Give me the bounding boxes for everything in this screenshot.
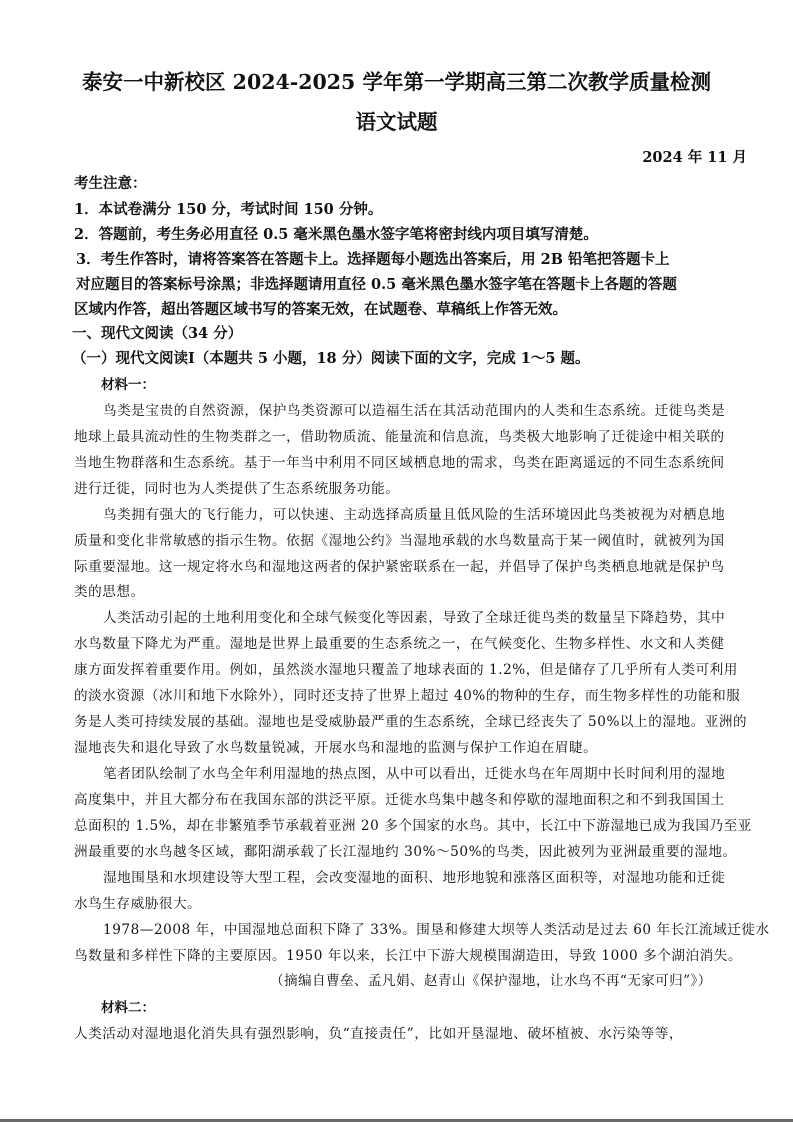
exam-date: 2024 年 11 月	[642, 146, 747, 167]
paragraph-line: 地球上最具流动性的生物类群之一，借助物质流、能量流和信息流，鸟类极大地影响了迁徙…	[74, 425, 734, 445]
paragraph-line: 质量和变化非常敏感的指示生物。依据《湿地公约》当湿地承载的水鸟数量高于某一阈值时…	[74, 529, 734, 549]
section-heading: 一、现代文阅读（34 分）	[72, 322, 732, 343]
paragraph-line: 康方面发挥着重要作用。例如，虽然淡水湿地只覆盖了地球表面的 1.2%，但是储存了…	[74, 658, 734, 678]
paragraph-line: 笔者团队绘制了水鸟全年利用湿地的热点图，从中可以看出，迁徙水鸟在年周期中长时间利…	[103, 762, 763, 782]
paragraph-line: 鸟类是宝贵的自然资源，保护鸟类资源可以造福生活在其活动范围内的人类和生态系统。迁…	[103, 399, 763, 419]
paragraph-line: 的淡水资源（冰川和地下水除外），同时还支持了世界上超过 40%的物种的生存，而生…	[74, 684, 734, 704]
section-subheading: （一）现代文阅读Ⅰ（本题共 5 小题，18 分）阅读下面的文字，完成 1～5 题…	[72, 347, 732, 368]
paragraph-line: 鸟类拥有强大的飞行能力，可以快速、主动选择高质量且低风险的生活环境因此鸟类被视为…	[103, 503, 763, 523]
paragraph-line: 洲最重要的水鸟越冬区域，鄱阳湖承载了长江湿地约 30%～50%的鸟类，因此被列为…	[74, 840, 734, 860]
paragraph-line: 当地生物群落和生态系统。基于一年当中利用不同区域栖息地的需求，鸟类在距离遥远的不…	[74, 451, 734, 471]
material-2-label: 材料二：	[101, 996, 761, 1016]
paragraph-line: 湿地丧失和退化导致了水鸟数量锐减，开展水鸟和湿地的监测与保护工作迫在眉睫。	[74, 736, 734, 756]
paragraph-line: 水鸟生存威胁很大。	[74, 892, 734, 912]
exam-title: 泰安一中新校区 2024-2025 学年第一学期高三第二次教学质量检测	[0, 65, 793, 95]
paragraph-line: 际重要湿地。这一规定将水鸟和湿地这两者的保护紧密联系在一起，并倡导了保护鸟类栖息…	[74, 555, 734, 575]
paragraph-line: 类的思想。	[74, 580, 734, 600]
notice-item-3: 3．考生作答时，请将答案答在答题卡上。选择题每小题选出答案后，用 2B 铅笔把答…	[76, 248, 736, 269]
exam-subtitle: 语文试题	[0, 105, 793, 135]
notice-item-2: 2．答题前，考生务必用直径 0.5 毫米黑色墨水签字笔将密封线内项目填写清楚。	[74, 223, 734, 244]
paragraph-line: 水鸟数量下降尤为严重。湿地是世界上最重要的生态系统之一，在气候变化、生物多样性、…	[74, 632, 734, 652]
exam-page: 泰安一中新校区 2024-2025 学年第一学期高三第二次教学质量检测 语文试题…	[0, 0, 793, 1120]
paragraph-line: 人类活动对湿地退化消失具有强烈影响，负“直接责任”，比如开垦湿地、破坏植被、水污…	[74, 1022, 734, 1042]
material-1-source: （摘编自曹垒、孟凡娟、赵青山《保护湿地，让水鸟不再“无家可归”》）	[270, 969, 793, 989]
notice-item-1: 1．本试卷满分 150 分，考试时间 150 分钟。	[74, 198, 734, 219]
paragraph-line: 务是人类可持续发展的基础。湿地也是受威胁最严重的生态系统，全球已经丧失了 50%…	[74, 710, 734, 730]
paragraph-line: 人类活动引起的土地利用变化和全球气候变化等因素，导致了全球迁徙鸟类的数量呈下降趋…	[103, 606, 763, 626]
paragraph-line: 鸟数量和多样性下降的主要原因。1950 年以来，长江中下游大规模围湖造田，导致 …	[74, 944, 734, 964]
notice-item-3-cont-2: 区域内作答，超出答题区域书写的答案无效，在试题卷、草稿纸上作答无效。	[74, 298, 734, 319]
notice-heading: 考生注意：	[74, 172, 734, 193]
notice-item-3-cont-1: 对应题目的答案标号涂黑；非选择题请用直径 0.5 毫米黑色墨水签字笔在答题卡上各…	[76, 273, 736, 294]
paragraph-line: 1978—2008 年，中国湿地总面积下降了 33%。围垦和修建大坝等人类活动是…	[103, 918, 763, 938]
material-1-label: 材料一：	[101, 373, 761, 393]
paragraph-line: 进行迁徙，同时也为人类提供了生态系统服务功能。	[74, 477, 734, 497]
paragraph-line: 高度集中，并且大都分布在我国东部的洪泛平原。迁徙水鸟集中越冬和停歇的湿地面积之和…	[74, 788, 734, 808]
paragraph-line: 湿地围垦和水坝建设等大型工程，会改变湿地的面积、地形地貌和涨落区面积等，对湿地功…	[103, 866, 763, 886]
paragraph-line: 总面积的 1.5%，却在非繁殖季节承载着亚洲 20 多个国家的水鸟。其中，长江中…	[74, 814, 734, 834]
